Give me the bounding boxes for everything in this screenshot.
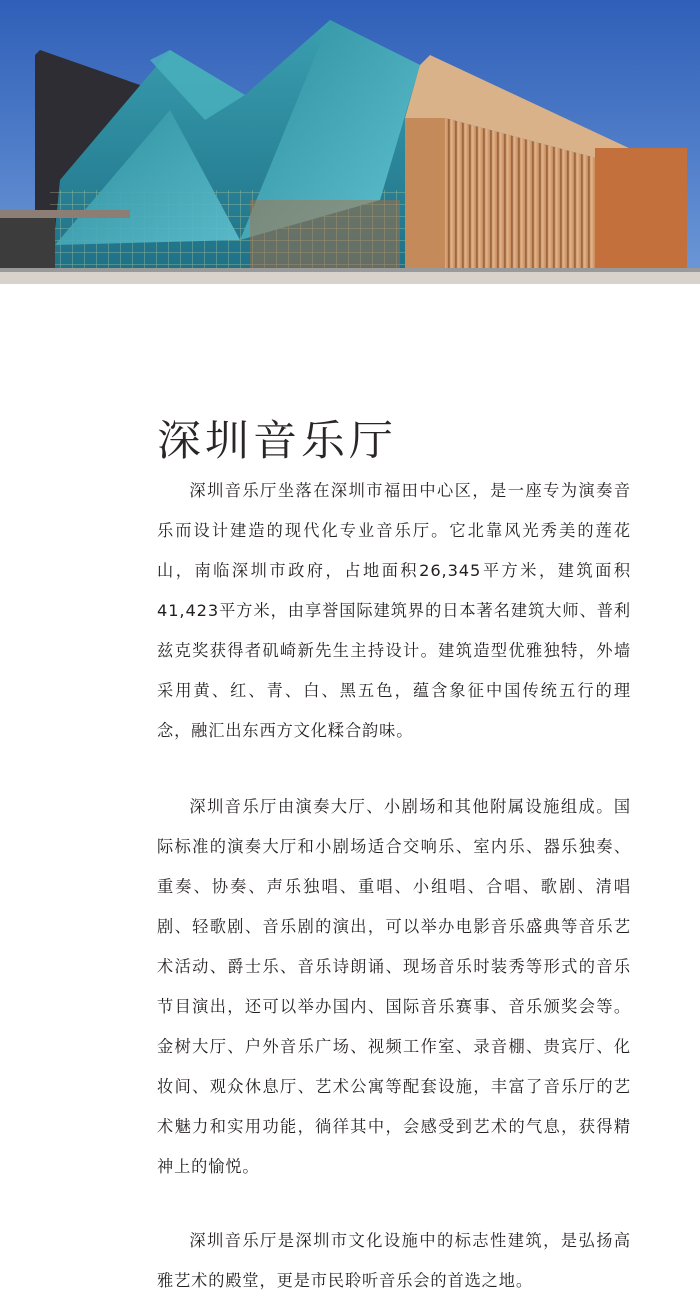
paragraph-facilities: 深圳音乐厅由演奏大厅、小剧场和其他附属设施组成。国际标准的演奏大厅和小剧场适合交… (157, 787, 631, 1187)
page-title: 深圳音乐厅 (157, 417, 397, 466)
intro-paragraph-section: 深圳音乐厅坐落在深圳市福田中心区，是一座专为演奏音乐而设计建造的现代化专业音乐厅… (157, 471, 631, 751)
hero-image (0, 0, 700, 290)
paragraph-landmark: 深圳音乐厅是深圳市文化设施中的标志性建筑，是弘扬高雅艺术的殿堂，更是市民聆听音乐… (157, 1221, 631, 1301)
paragraph-location-design: 深圳音乐厅坐落在深圳市福田中心区，是一座专为演奏音乐而设计建造的现代化专业音乐厅… (157, 471, 631, 751)
concert-hall-photo (0, 0, 700, 290)
facilities-paragraph-section: 深圳音乐厅由演奏大厅、小剧场和其他附属设施组成。国际标准的演奏大厅和小剧场适合交… (157, 787, 631, 1187)
landmark-paragraph-section: 深圳音乐厅是深圳市文化设施中的标志性建筑，是弘扬高雅艺术的殿堂，更是市民聆听音乐… (157, 1221, 631, 1301)
